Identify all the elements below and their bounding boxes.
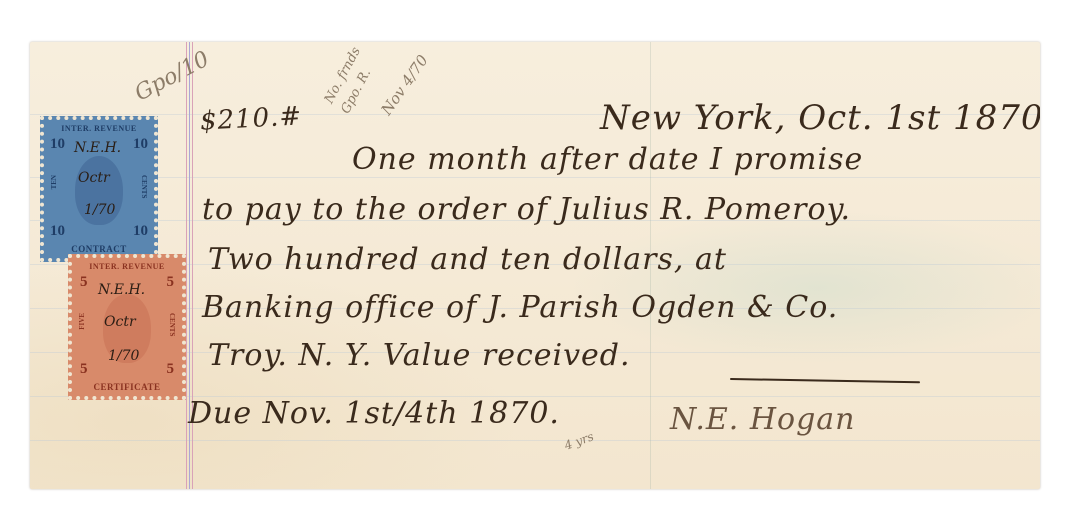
stamp-denomination: 5 [167,361,175,378]
note-body-line-4: Banking office of J. Parish Ogden & Co. [202,290,838,325]
note-amount: $210.# [199,101,303,136]
revenue-stamp-10c: INTER. REVENUE CONTRACT 10 10 10 10 TEN … [40,116,158,262]
stamp-side-text: TEN [50,175,58,189]
stamp-side-text: FIVE [78,313,86,330]
stamp-cancel-mark: Octr [104,314,136,330]
stamp-denomination: 5 [80,361,88,378]
note-body-line-3: Two hundred and ten dollars, at [208,242,727,277]
pencil-annotation: Nov 4/70 [377,52,431,119]
stamp-denomination: 10 [133,223,148,240]
note-body-line-2: to pay to the order of Julius R. Pomeroy… [202,192,851,227]
flourish-underline [730,378,920,383]
stamp-header: INTER. REVENUE [61,124,136,133]
pencil-annotation: 4 yrs [563,429,596,452]
note-body-line-1: One month after date I promise [352,142,863,177]
note-body-line-5: Troy. N. Y. Value received. [208,338,631,373]
stamp-denomination: 10 [133,136,148,153]
stamp-denomination: 5 [167,274,175,291]
promissory-note: INTER. REVENUE CONTRACT 10 10 10 10 TEN … [30,42,1040,489]
stamp-cancel-mark: N.E.H. [98,282,145,298]
due-date-line: Due Nov. 1st/4th 1870. [188,396,560,431]
place-and-date: New York, Oct. 1st 1870. [600,98,1040,138]
stamp-cancel-mark: Octr [78,170,110,186]
stamp-cancel-mark: 1/70 [108,348,139,364]
stamp-footer: CONTRACT [71,244,127,254]
stamp-denomination: 10 [50,136,65,153]
ruled-line [30,440,1040,441]
stamp-denomination: 10 [50,223,65,240]
stamp-side-text: CENTS [140,175,148,198]
stamp-cancel-mark: 1/70 [84,202,115,218]
signature: N.E. Hogan [670,402,855,437]
ruled-line [30,177,1040,178]
margin-line-red [186,42,187,489]
stamp-header: INTER. REVENUE [89,262,164,271]
stamp-side-text: CENTS [168,313,176,336]
stamp-cancel-mark: N.E.H. [74,140,121,156]
pencil-annotation: Gpo/10 [131,47,214,107]
stamp-denomination: 5 [80,274,88,291]
revenue-stamp-5c: INTER. REVENUE CERTIFICATE 5 5 5 5 FIVE … [68,254,186,400]
stamp-footer: CERTIFICATE [93,382,160,392]
